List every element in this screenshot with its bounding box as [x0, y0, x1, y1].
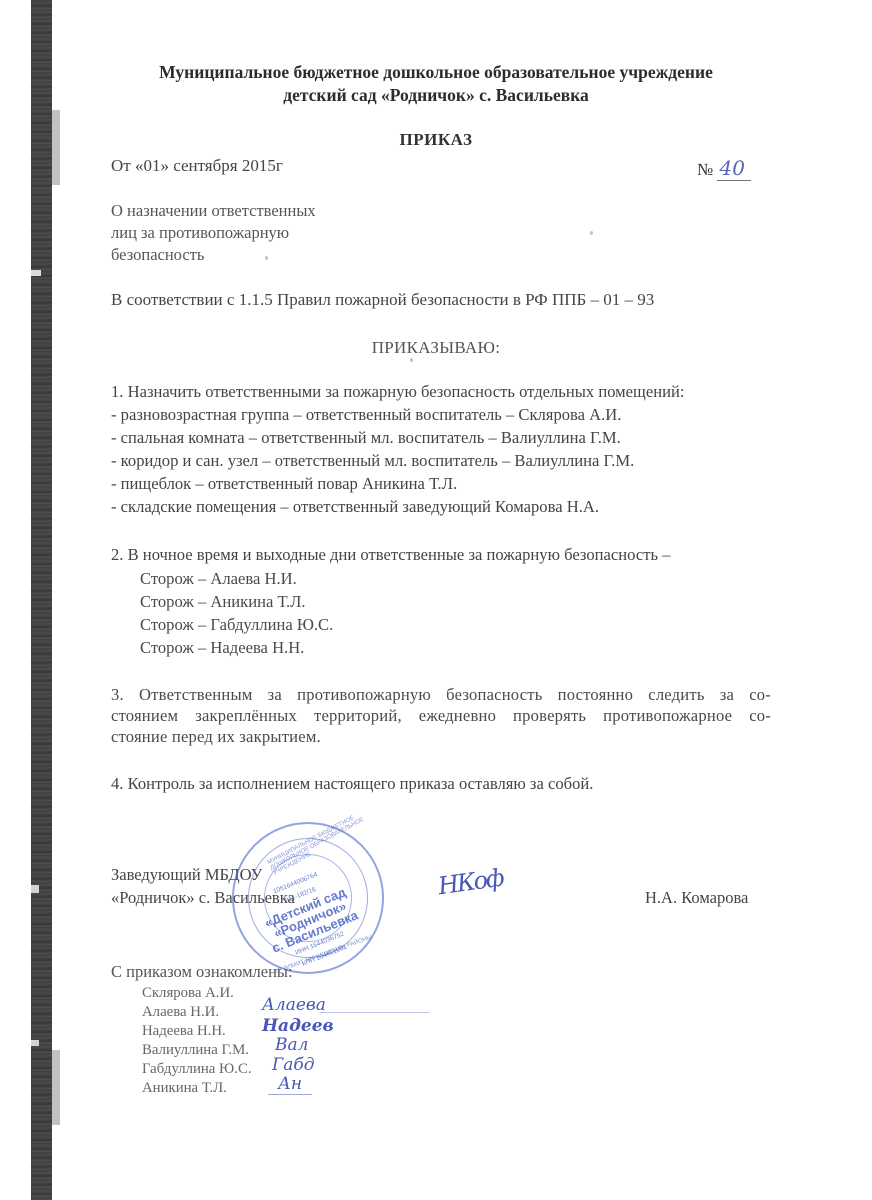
- item1-line: - коридор и сан. узел – ответственный мл…: [111, 451, 634, 472]
- scan-smudge: [52, 1050, 60, 1125]
- item3-line: 3. Ответственным за противопожарную безо…: [111, 684, 771, 705]
- signer-name: Н.А. Комарова: [645, 888, 748, 908]
- ack-signature: Алаева: [262, 995, 326, 1015]
- ack-name: Алаева Н.И.: [142, 1003, 219, 1023]
- document-title: ПРИКАЗ: [0, 130, 872, 150]
- ack-name: Надеева Н.Н.: [142, 1022, 226, 1042]
- item1-line: - пищеблок – ответственный повар Аникина…: [111, 474, 457, 495]
- guard-line: Сторож – Габдуллина Ю.С.: [140, 615, 333, 635]
- guard-line: Сторож – Аникина Т.Л.: [140, 592, 306, 612]
- ack-signature: Вал: [275, 1035, 308, 1055]
- item1-line: - складские помещения – ответственный за…: [111, 497, 599, 518]
- legal-basis: В соответствии с 1.1.5 Правил пожарной б…: [111, 290, 654, 310]
- scan-edge-artifact: [31, 0, 52, 1200]
- ack-name: Аникина Т.Л.: [142, 1079, 227, 1099]
- order-word: ПРИКАЗЫВАЮ:: [0, 338, 872, 358]
- subject-line: безопасность: [111, 244, 316, 266]
- ack-name: Склярова А.И.: [142, 984, 234, 1004]
- subject-line: лиц за противопожарную: [111, 222, 316, 244]
- item4: 4. Контроль за исполнением настоящего пр…: [111, 774, 593, 795]
- item3-paragraph: 3. Ответственным за противопожарную безо…: [111, 684, 771, 747]
- order-number: № 40: [697, 156, 751, 181]
- ack-name: Габдуллина Ю.С.: [142, 1060, 252, 1080]
- guard-line: Сторож – Надеева Н.Н.: [140, 638, 304, 658]
- ack-signature: Ан: [268, 1074, 312, 1095]
- guard-line: Сторож – Алаева Н.И.: [140, 569, 297, 589]
- item1-line: - разновозрастная группа – ответственный…: [111, 405, 621, 426]
- subject-line: О назначении ответственных: [111, 200, 316, 222]
- institution-name-line2: детский сад «Родничок» с. Васильевка: [0, 85, 872, 106]
- institution-name-line1: Муниципальное бюджетное дошкольное образ…: [0, 62, 872, 83]
- item1-line: - спальная комната – ответственный мл. в…: [111, 428, 621, 449]
- item2-heading: 2. В ночное время и выходные дни ответст…: [111, 545, 671, 566]
- ack-signature: Надеев: [262, 1016, 334, 1036]
- official-stamp: МУНИЦИПАЛЬНОЕ БЮДЖЕТНОЕ ДОШКОЛЬНОЕ ОБРАЗ…: [232, 822, 384, 974]
- item3-line: стоянием закреплённых территорий, ежедне…: [111, 705, 771, 726]
- director-signature: НКоф: [436, 864, 504, 901]
- ack-name: Валиуллина Г.М.: [142, 1041, 249, 1061]
- item1-heading: 1. Назначить ответственными за пожарную …: [111, 382, 684, 403]
- item3-line: стояние перед их закрытием.: [111, 726, 771, 747]
- scan-speck: [265, 256, 268, 260]
- number-label: №: [697, 160, 713, 179]
- number-value-handwritten: 40: [717, 156, 750, 181]
- signature-stroke: [320, 1012, 430, 1013]
- ack-signature: Габд: [272, 1055, 315, 1075]
- scan-speck: [410, 358, 413, 362]
- scan-speck: [590, 231, 593, 235]
- order-date: От «01» сентября 2015г: [111, 156, 283, 176]
- order-subject: О назначении ответственных лиц за против…: [111, 200, 316, 266]
- acknowledgement-heading: С приказом ознакомлены:: [111, 962, 293, 982]
